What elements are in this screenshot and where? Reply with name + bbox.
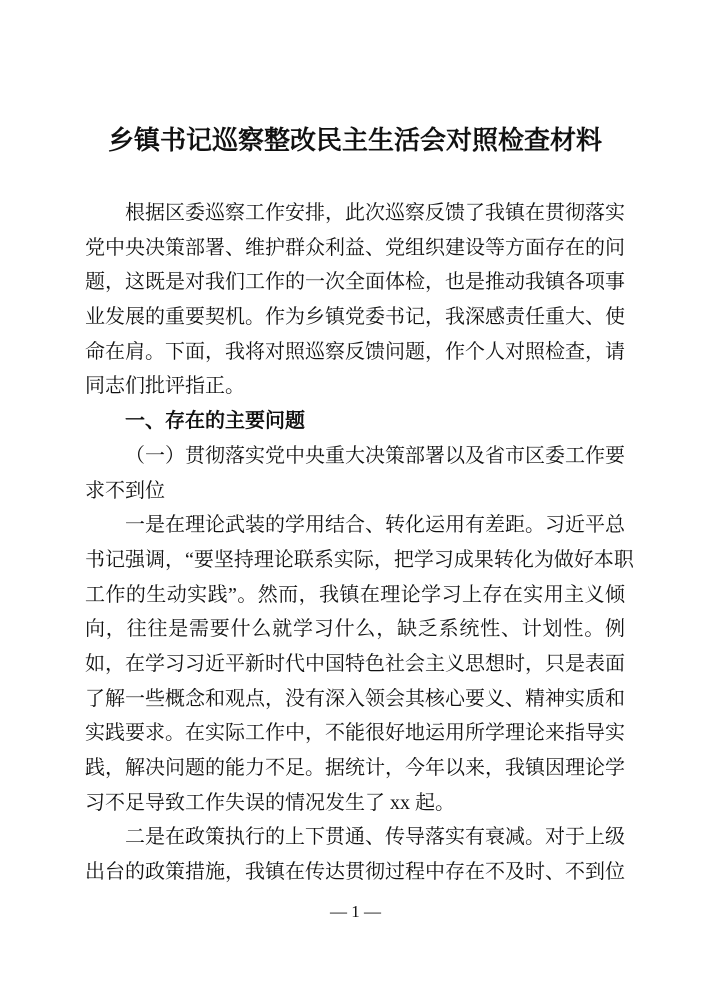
page-number: — 1 —: [0, 901, 711, 923]
document-body: 根据区委巡察工作安排，此次巡察反馈了我镇在贯彻落实党中央决策部署、维护群众利益、…: [85, 196, 625, 890]
paragraph-line: 如，在学习习近平新时代中国特色社会主义思想时，只是表面: [85, 647, 625, 682]
paragraph-line: 出台的政策措施，我镇在传达贯彻过程中存在不及时、不到位: [85, 855, 625, 890]
paragraph: 一是在理论武装的学用结合、转化运用有差距。习近平总书记强调，“要坚持理论联系实际…: [85, 508, 625, 820]
paragraph-line: 向，往往是需要什么就学习什么，缺乏系统性、计划性。例: [85, 612, 625, 647]
paragraph: 根据区委巡察工作安排，此次巡察反馈了我镇在贯彻落实党中央决策部署、维护群众利益、…: [85, 196, 625, 404]
document-page: 乡镇书记巡察整改民主生活会对照检查材料 根据区委巡察工作安排，此次巡察反馈了我镇…: [0, 0, 711, 1006]
paragraph-line: 工作的生动实践”。然而，我镇在理论学习上存在实用主义倾: [85, 578, 625, 613]
paragraph-line: 业发展的重要契机。作为乡镇党委书记，我深感责任重大、使: [85, 300, 625, 335]
heading-line: 一、存在的主要问题: [85, 404, 625, 439]
paragraph-line: 一是在理论武装的学用结合、转化运用有差距。习近平总: [85, 508, 625, 543]
paragraph-line: 求不到位: [85, 474, 625, 509]
paragraph-line: 二是在政策执行的上下贯通、传导落实有衰减。对于上级: [85, 820, 625, 855]
section-heading: 一、存在的主要问题: [85, 404, 625, 439]
paragraph-line: 书记强调，“要坚持理论联系实际，把学习成果转化为做好本职: [85, 543, 625, 578]
paragraph: （一）贯彻落实党中央重大决策部署以及省市区委工作要求不到位: [85, 439, 625, 508]
paragraph: 二是在政策执行的上下贯通、传导落实有衰减。对于上级出台的政策措施，我镇在传达贯彻…: [85, 820, 625, 889]
paragraph-line: 了解一些概念和观点，没有深入领会其核心要义、精神实质和: [85, 682, 625, 717]
paragraph-line: 题，这既是对我们工作的一次全面体检，也是推动我镇各项事: [85, 265, 625, 300]
paragraph-line: 根据区委巡察工作安排，此次巡察反馈了我镇在贯彻落实: [85, 196, 625, 231]
paragraph-line: 践，解决问题的能力不足。据统计，今年以来，我镇因理论学: [85, 751, 625, 786]
paragraph-line: （一）贯彻落实党中央重大决策部署以及省市区委工作要: [85, 439, 625, 474]
paragraph-line: 党中央决策部署、维护群众利益、党组织建设等方面存在的问: [85, 231, 625, 266]
document-title: 乡镇书记巡察整改民主生活会对照检查材料: [85, 123, 625, 159]
paragraph-line: 同志们批评指正。: [85, 369, 625, 404]
paragraph-line: 习不足导致工作失误的情况发生了 xx 起。: [85, 786, 625, 821]
document-content: 乡镇书记巡察整改民主生活会对照检查材料 根据区委巡察工作安排，此次巡察反馈了我镇…: [0, 0, 711, 890]
paragraph-line: 实践要求。在实际工作中，不能很好地运用所学理论来指导实: [85, 716, 625, 751]
paragraph-line: 命在肩。下面，我将对照巡察反馈问题，作个人对照检查，请: [85, 335, 625, 370]
